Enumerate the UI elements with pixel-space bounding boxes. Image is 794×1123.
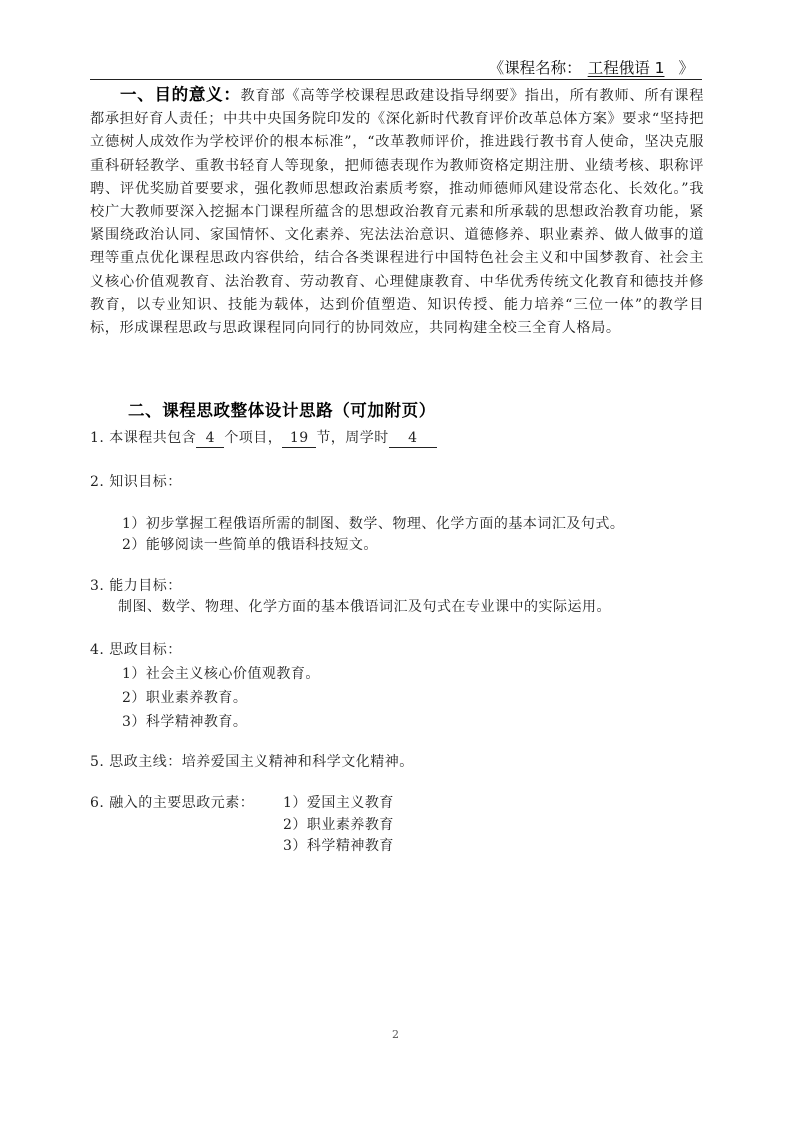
section-count-label: 节，周学时	[316, 430, 389, 446]
ideological-goals-title: 4. 思政目标：	[90, 640, 182, 660]
document-page: 《课程名称：工程俄语 1》 一、目的意义：教育部《高等学校课程思政建设指导纲要》…	[0, 0, 794, 1123]
ability-goals-body: 制图、数学、物理、化学方面的基本俄语词汇及句式在专业课中的实际运用。	[118, 597, 611, 617]
ideological-goal-item: 1）社会主义核心价值观教育。	[122, 664, 320, 684]
course-summary-prefix: 1. 本课程共包含	[90, 430, 196, 446]
ability-goals-title: 3. 能力目标：	[90, 576, 182, 596]
header-prefix: 《课程名称：	[489, 59, 582, 77]
ideological-goal-item: 2）职业素养教育。	[122, 688, 247, 708]
section-design-title: 二、课程思政整体设计思路（可加附页）	[128, 397, 436, 421]
ideological-goal-item: 3）科学精神教育。	[122, 712, 247, 732]
header-suffix: 》	[678, 59, 694, 77]
ideological-main-line: 5. 思政主线：培养爱国主义精神和科学文化精神。	[90, 752, 414, 772]
project-count: 4	[196, 430, 224, 448]
knowledge-goal-item: 2）能够阅读一些简单的俄语科技短文。	[122, 535, 378, 555]
ideological-elements-title: 6. 融入的主要思政元素：	[90, 793, 254, 813]
page-header: 《课程名称：工程俄语 1》	[90, 58, 702, 80]
knowledge-goal-item: 1）初步掌握工程俄语所需的制图、数学、物理、化学方面的基本词汇及句式。	[122, 514, 624, 534]
ideological-element-item: 1）爱国主义教育	[283, 793, 394, 813]
section-purpose-title: 一、目的意义：	[120, 85, 241, 104]
ideological-element-item: 3）科学精神教育	[283, 836, 394, 856]
page-number: 2	[392, 1028, 399, 1041]
course-summary-line: 1. 本课程共包含4个项目，19节，周学时4	[90, 428, 437, 448]
project-count-label: 个项目，	[224, 430, 282, 446]
knowledge-goals-title: 2. 知识目标：	[90, 472, 182, 492]
section-count: 19	[282, 430, 316, 448]
section-purpose-body: 教育部《高等学校课程思政建设指导纲要》指出，所有教师、所有课程都承担好育人责任；…	[90, 88, 704, 336]
weekly-hours: 4	[389, 430, 437, 448]
section-purpose: 一、目的意义：教育部《高等学校课程思政建设指导纲要》指出，所有教师、所有课程都承…	[90, 83, 704, 340]
ideological-element-item: 2）职业素养教育	[283, 815, 394, 835]
course-name: 工程俄语 1	[582, 59, 679, 77]
